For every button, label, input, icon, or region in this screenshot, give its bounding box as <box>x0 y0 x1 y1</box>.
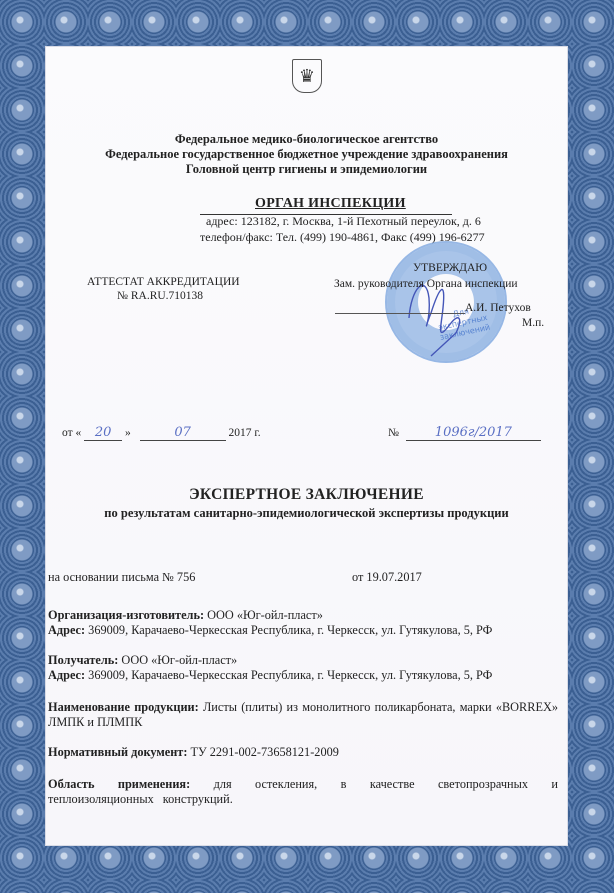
recipient-address: Адрес: 369009, Карачаево-Черкесская Респ… <box>48 668 492 683</box>
center-name: Головной центр гигиены и эпидемиологии <box>45 162 568 177</box>
normative-document: Нормативный документ: ТУ 2291-002-736581… <box>48 745 339 760</box>
certificate-sheet: ♛ Федеральное медико-биологическое агент… <box>0 0 614 893</box>
date-month: 07 <box>140 425 226 441</box>
approve-label: УТВЕРЖДАЮ <box>413 262 487 274</box>
manufacturer: Организация-изготовитель: ООО «Юг-ойл-пл… <box>48 608 323 623</box>
number-prefix: № <box>388 427 399 439</box>
document-subtitle: по результатам санитарно-эпидемиологичес… <box>45 506 568 521</box>
date-prefix: от « <box>62 427 81 439</box>
date-line: от « 20 » 07 2017 г. <box>62 425 261 441</box>
product-name: Наименование продукции: Листы (плиты) из… <box>48 700 558 730</box>
date-year: 2017 г. <box>229 427 261 439</box>
date-day: 20 <box>84 425 122 441</box>
organ-address: адрес: 123182, г. Москва, 1-й Пехотный п… <box>206 214 481 229</box>
manufacturer-address: Адрес: 369009, Карачаево-Черкесская Респ… <box>48 623 492 638</box>
application-scope: Область применения: для остекления, в ка… <box>48 777 558 807</box>
russian-coat-of-arms-icon: ♛ <box>292 59 322 93</box>
organ-title: ОРГАН ИНСПЕКЦИИ <box>255 196 406 212</box>
date-quote: » <box>125 427 131 439</box>
signature-line <box>335 313 465 314</box>
accreditation-label: АТТЕСТАТ АККРЕДИТАЦИИ <box>87 276 240 288</box>
basis-date: от 19.07.2017 <box>352 570 422 585</box>
approver-position: Зам. руководителя Органа инспекции <box>334 278 518 290</box>
document-page: ♛ Федеральное медико-биологическое агент… <box>45 46 568 846</box>
document-number: 1096г/2017 <box>406 425 541 441</box>
document-number-line: № 1096г/2017 <box>388 425 541 441</box>
seal-place: М.п. <box>522 317 544 329</box>
recipient: Получатель: ООО «Юг-ойл-пласт» <box>48 653 237 668</box>
accreditation-number: № RA.RU.710138 <box>117 290 203 302</box>
institution-name: Федеральное государственное бюджетное уч… <box>45 147 568 162</box>
document-title: ЭКСПЕРТНОЕ ЗАКЛЮЧЕНИЕ <box>45 486 568 504</box>
basis-letter: на основании письма № 756 <box>48 570 195 585</box>
agency-name: Федеральное медико-биологическое агентст… <box>45 132 568 147</box>
approver-name: А.И. Петухов <box>465 302 531 314</box>
